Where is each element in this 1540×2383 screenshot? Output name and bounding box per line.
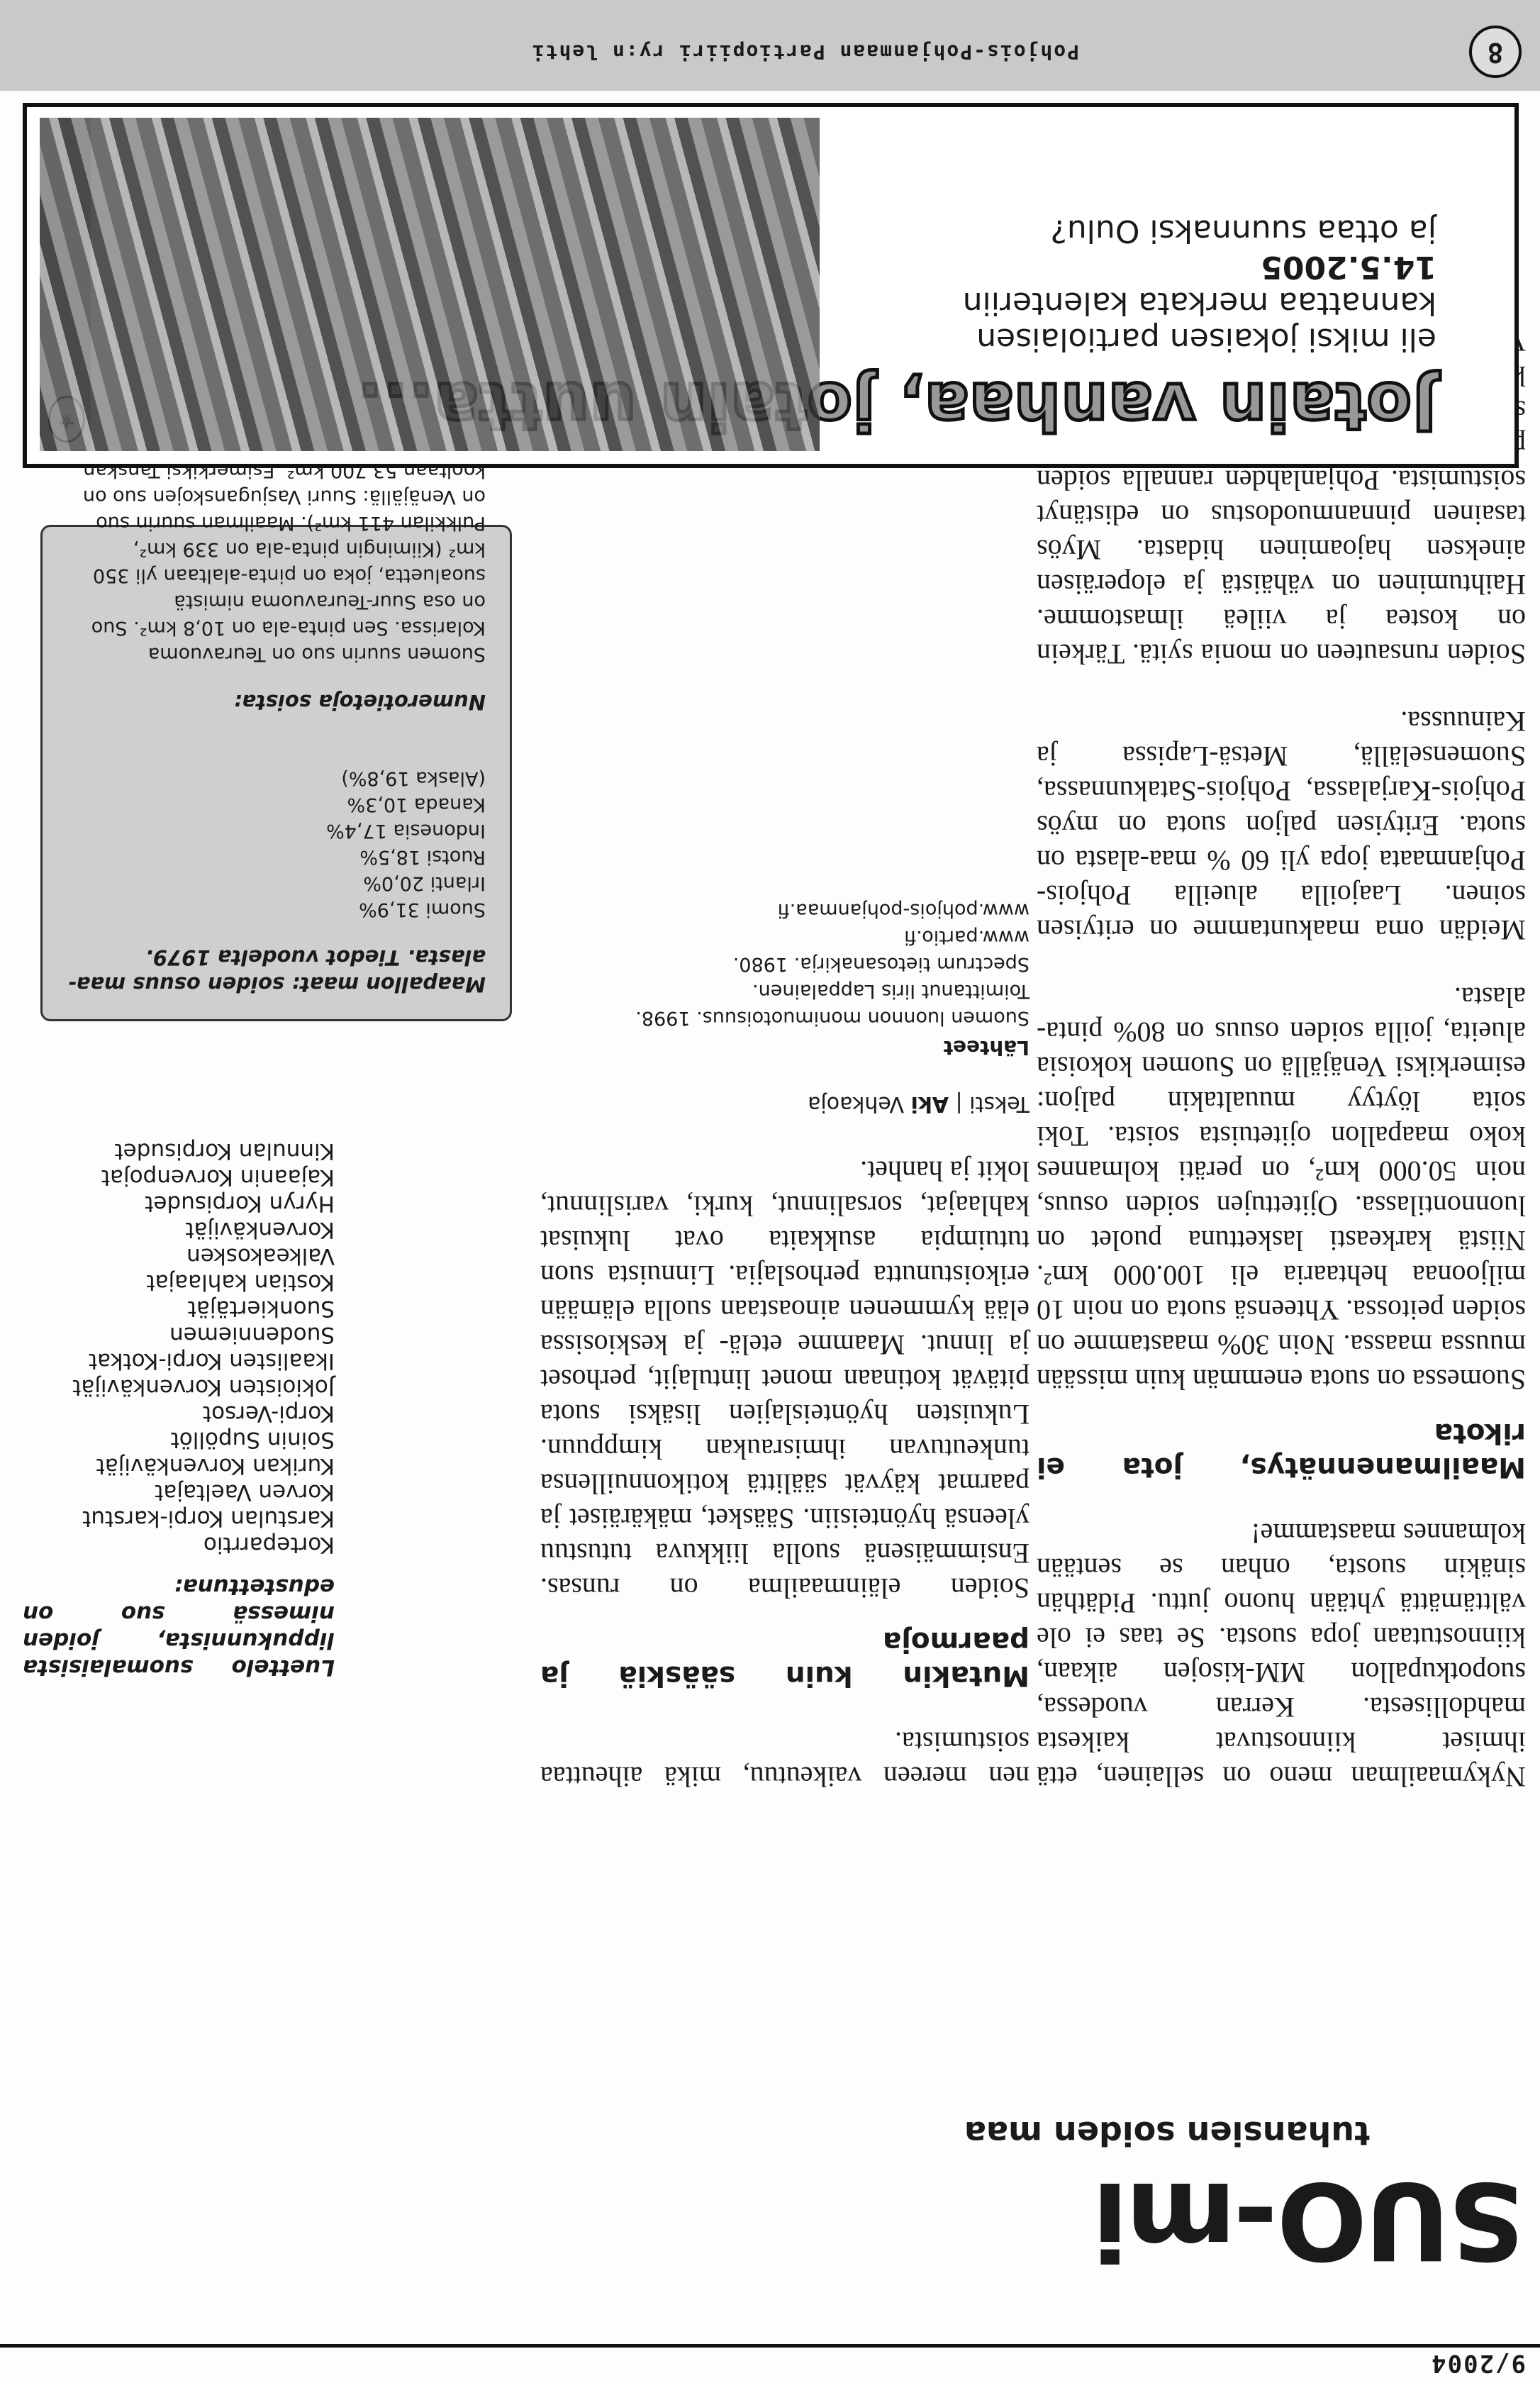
magazine-page: 9/2004 SUO-mi tuhansien soiden maa Nykym… xyxy=(0,0,1540,2383)
list-item: Kajaanin Korvenpojat xyxy=(37,1164,335,1190)
source-item: Suomen luonnon monimuotoisuus. 1998. Toi… xyxy=(540,977,1030,1031)
intro-paragraph: Nykymaailman meno on sellainen, että ihm… xyxy=(1037,1516,1526,1794)
list-item: Korven Vaeltajat xyxy=(37,1479,335,1505)
country-row: Indonesia 17,4% xyxy=(67,818,486,844)
body-paragraph: Meidän oma maakuntamme on erityisen soin… xyxy=(1037,704,1526,948)
list-item: Korpi-Versot xyxy=(37,1400,335,1426)
ad-line: eli miksi jokaisen partiolaisen xyxy=(869,321,1436,357)
footer-bar: 8 Pohjois-Pohjanmaan Partiopiiri ry:n le… xyxy=(0,0,1540,91)
author-last-name: Vehkaoja xyxy=(808,1091,911,1116)
list-item: Soinin Supöllöt xyxy=(37,1426,335,1452)
ad-line: ja ottaa suunnaksi Oulu? xyxy=(869,213,1436,249)
list-item: Korteparrtio xyxy=(37,1531,335,1557)
country-row: Ruotsi 18,5% xyxy=(67,844,486,870)
article-title: SUO-mi xyxy=(1095,2167,1524,2273)
list-item: Kostian kahlaajat xyxy=(37,1269,335,1295)
ad-text: eli miksi jokaisen partiolaisen kannatta… xyxy=(869,213,1436,357)
article-subtitle: tuhansien soiden maa xyxy=(964,2114,1370,2153)
event-advertisement: ⚜ Jotain vanhaa, jotain uutta... eli mik… xyxy=(23,103,1519,468)
source-link[interactable]: www.partio.fi xyxy=(540,923,1030,950)
list-item: Valkeakosken Korvenkävijät xyxy=(37,1216,335,1269)
author-first-name: Aki xyxy=(911,1091,949,1116)
body-paragraph: Suomessa on suota enemmän kuin missään m… xyxy=(1037,980,1526,1397)
country-row: Suomi 31,9% xyxy=(67,896,486,923)
country-row: Irlanti 20,0% xyxy=(67,870,486,896)
facts-box-subtitle: Numerotietoja soista: xyxy=(67,689,486,716)
facts-box-title: Maapallon maat: soiden osuus maa-alasta.… xyxy=(67,944,486,998)
credit-label: Teksti | xyxy=(949,1091,1030,1116)
section-heading: Maailmanennätys, jota ei rikota xyxy=(1037,1416,1526,1484)
author-credit: Teksti | Aki Vehkaoja xyxy=(540,1087,1030,1121)
body-paragraph: nen mereen vaikeutuu, mikä aiheuttaa soi… xyxy=(540,1725,1030,1794)
column-3: Luettelo suomalaisista lippukunnista, jo… xyxy=(37,1138,533,1681)
list-item: Karstulan Korpi-karstut xyxy=(37,1505,335,1531)
country-row: Kanada 10,3% xyxy=(67,791,486,818)
list-item: Kinnulan Korpisudet xyxy=(37,1138,335,1164)
column-2: nen mereen vaikeutuu, mikä aiheuttaa soi… xyxy=(540,896,1030,1794)
ad-date: 14.5.2005 xyxy=(869,249,1436,285)
troop-list: Korteparrtio Karstulan Korpi-karstut Kor… xyxy=(37,1138,335,1557)
ad-line: kannattaa merkata kalenteriin xyxy=(869,285,1436,321)
list-item: Ikaalisten Korpi-Kotkat xyxy=(37,1348,335,1374)
running-title: Pohjois-Pohjanmaan Partiopiiri ry:n leht… xyxy=(531,40,1079,64)
column-1: Nykymaailman meno on sellainen, että ihm… xyxy=(1037,291,1526,1794)
list-item: Suodenniemen Suonkiertäjät xyxy=(37,1295,335,1348)
list-item: Hyryn Korpisudet xyxy=(37,1190,335,1216)
issue-number: 9/2004 xyxy=(1430,2349,1526,2377)
body-paragraph: Soiden eläinmaailma on runsas. Ensimmäis… xyxy=(540,1154,1030,1606)
list-item: Jokioisten Korvenkävijät xyxy=(37,1374,335,1400)
source-item: Spectrum tietosanakirja. 1980. xyxy=(540,950,1030,977)
sources-list: Suomen luonnon monimuotoisuus. 1998. Toi… xyxy=(540,896,1030,1031)
section-heading: Mutakin kuin sääskiä ja paarmoja xyxy=(540,1624,1030,1692)
facts-box: Maapallon maat: soiden osuus maa-alasta.… xyxy=(40,525,512,1021)
page-number: 8 xyxy=(1469,26,1522,78)
list-title: Luettelo suomalaisista lippukunnista, jo… xyxy=(23,1573,335,1681)
source-link[interactable]: www.pohjois-pohjanmaa.fi xyxy=(540,896,1030,923)
list-item: Kurikan Korvenkävijät xyxy=(37,1452,335,1479)
country-row: (Alaska 19,8%) xyxy=(67,765,486,791)
top-rule xyxy=(0,2344,1540,2348)
group-photo xyxy=(40,118,820,451)
sources-title: Lähteet xyxy=(540,1034,1030,1061)
